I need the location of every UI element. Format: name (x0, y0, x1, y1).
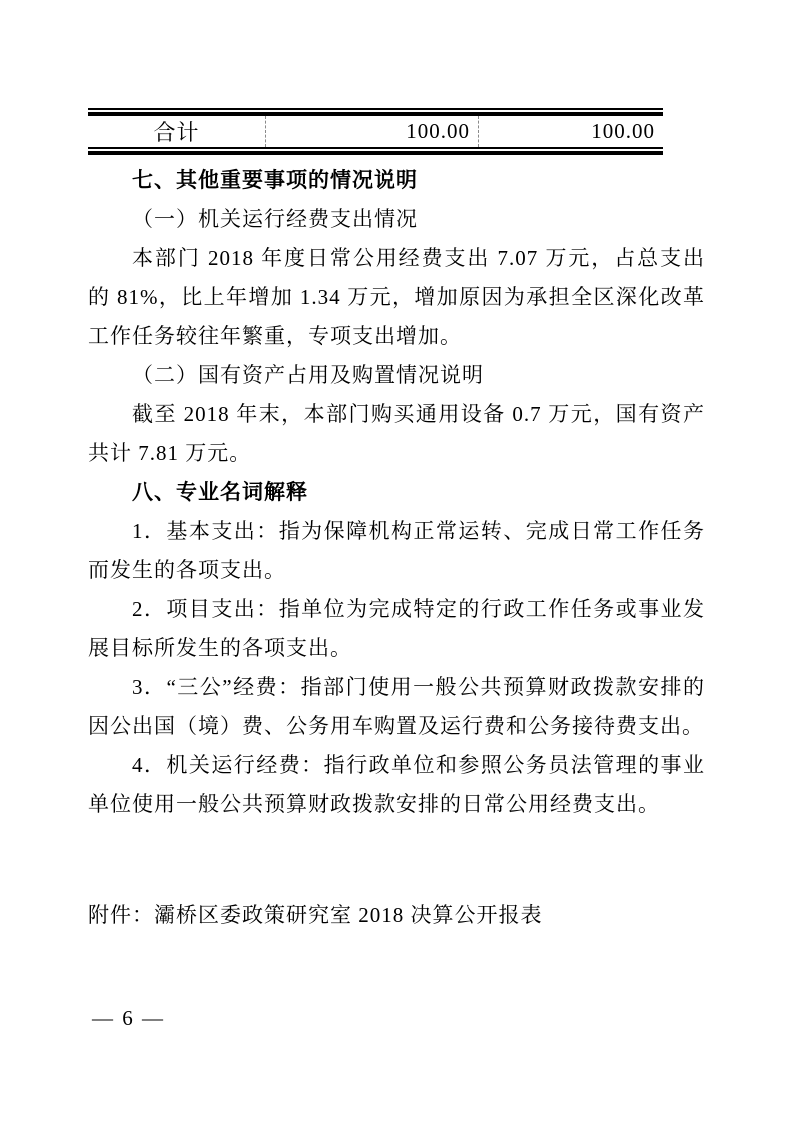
section7-heading: 七、其他重要事项的情况说明 (88, 161, 705, 200)
definition-item-3: 3．“三公”经费：指部门使用一般公共预算财政拨款安排的因公出国（境）费、公务用车… (88, 668, 705, 746)
definition-item-1: 1．基本支出：指为保障机构正常运转、完成日常工作任务而发生的各项支出。 (88, 512, 705, 590)
section8-heading: 八、专业名词解释 (88, 473, 705, 512)
table-bottom-thick-rule (88, 151, 663, 155)
attachment-note: 附件：灞桥区委政策研究室 2018 决算公开报表 (88, 896, 705, 935)
totals-table: 合计 100.00 100.00 (88, 108, 663, 155)
definition-item-4: 4．机关运行经费：指行政单位和参照公务员法管理的事业单位使用一般公共预算财政拨款… (88, 746, 705, 824)
document-page: 合计 100.00 100.00 七、其他重要事项的情况说明 （一）机关运行经费… (0, 0, 793, 1122)
total-value-2: 100.00 (591, 119, 655, 144)
total-row: 合计 100.00 100.00 (88, 116, 663, 147)
total-label: 合计 (153, 116, 199, 147)
total-value-1: 100.00 (406, 119, 470, 144)
total-value-1-cell: 100.00 (265, 116, 478, 147)
document-body: 七、其他重要事项的情况说明 （一）机关运行经费支出情况 本部门 2018 年度日… (88, 161, 705, 1031)
total-value-2-cell: 100.00 (478, 116, 663, 147)
definition-item-2: 2．项目支出：指单位为完成特定的行政工作任务或事业发展目标所发生的各项支出。 (88, 590, 705, 668)
state-assets-paragraph: 截至 2018 年末，本部门购买通用设备 0.7 万元，国有资产共计 7.81 … (88, 395, 705, 473)
total-label-cell: 合计 (88, 116, 265, 147)
page-number: — 6 — (92, 1006, 705, 1031)
subsection2-heading: （二）国有资产占用及购置情况说明 (88, 356, 705, 395)
subsection1-heading: （一）机关运行经费支出情况 (88, 200, 705, 239)
operating-expense-paragraph: 本部门 2018 年度日常公用经费支出 7.07 万元，占总支出的 81%，比上… (88, 239, 705, 356)
